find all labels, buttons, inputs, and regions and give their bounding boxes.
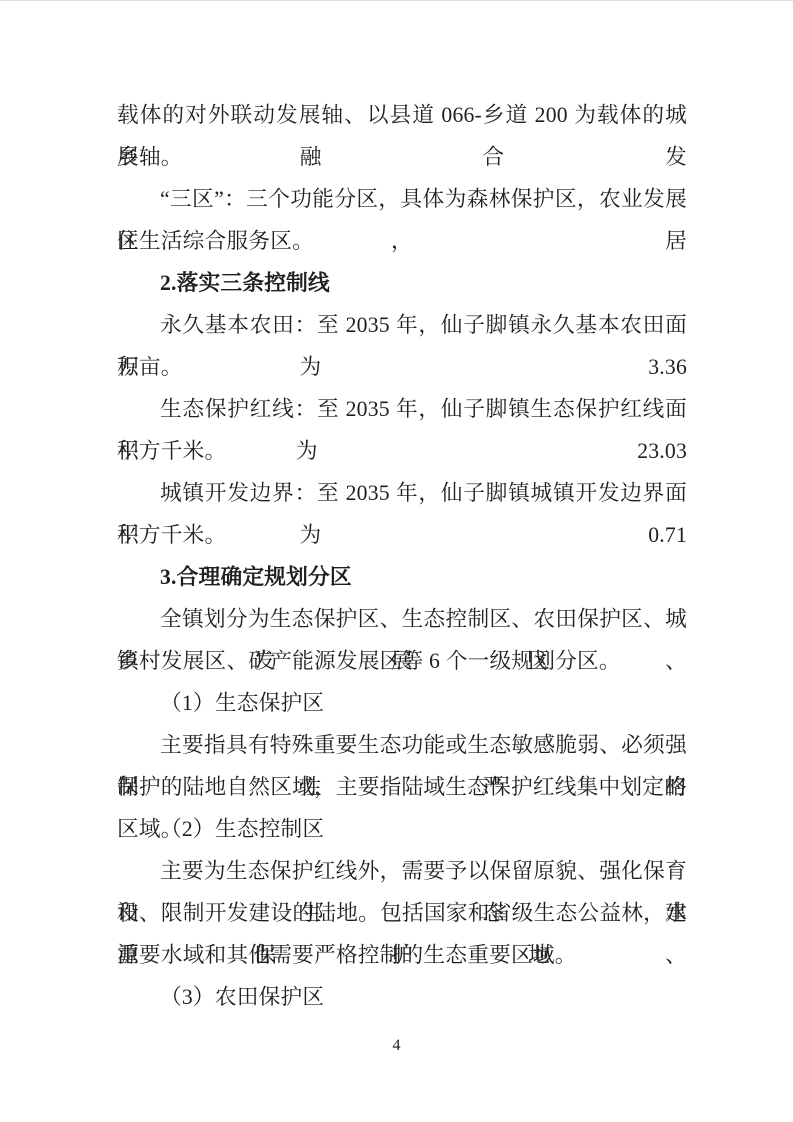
paragraph-line: 载体的对外联动发展轴、以县道 066-乡道 200 为载体的城乡融合发 <box>117 94 687 136</box>
document-page: 载体的对外联动发展轴、以县道 066-乡道 200 为载体的城乡融合发 展轴。 … <box>0 0 793 1122</box>
section-heading-2: 2.落实三条控制线 <box>117 262 687 304</box>
paragraph-line: “三区”：三个功能分区，具体为森林保护区，农业发展区，居 <box>117 178 687 220</box>
paragraph-line: 城镇开发边界：至 2035 年，仙子脚镇城镇开发边界面积为 0.71 <box>117 472 687 514</box>
paragraph-line: 保护的陆地自然区域，主要指陆域生态保护红线集中划定的区域。 <box>117 766 687 808</box>
subsection-heading-2: （2）生态控制区 <box>117 808 687 850</box>
section-heading-3: 3.合理确定规划分区 <box>117 556 687 598</box>
page-number: 4 <box>0 1035 793 1057</box>
paragraph-line: 乡村发展区、矿产能源发展区等 6 个一级规划分区。 <box>117 640 687 682</box>
subsection-heading-1: （1）生态保护区 <box>117 682 687 724</box>
subsection-heading-3: （3）农田保护区 <box>117 976 687 1018</box>
document-body: 载体的对外联动发展轴、以县道 066-乡道 200 为载体的城乡融合发 展轴。 … <box>117 94 687 1018</box>
paragraph-line: 全镇划分为生态保护区、生态控制区、农田保护区、城镇发展区、 <box>117 598 687 640</box>
paragraph-line: 生态保护红线：至 2035 年，仙子脚镇生态保护红线面积为 23.03 <box>117 388 687 430</box>
paragraph-line: 设、限制开发建设的陆地。包括国家和省级生态公益林，水源保护地、 <box>117 892 687 934</box>
paragraph-line: 主要为生态保护红线外，需要予以保留原貌、强化保育和生态建 <box>117 850 687 892</box>
paragraph-line: 主要指具有特殊重要生态功能或生态敏感脆弱、必须强制性严格 <box>117 724 687 766</box>
paragraph-line: 永久基本农田：至 2035 年，仙子脚镇永久基本农田面积为 3.36 <box>117 304 687 346</box>
